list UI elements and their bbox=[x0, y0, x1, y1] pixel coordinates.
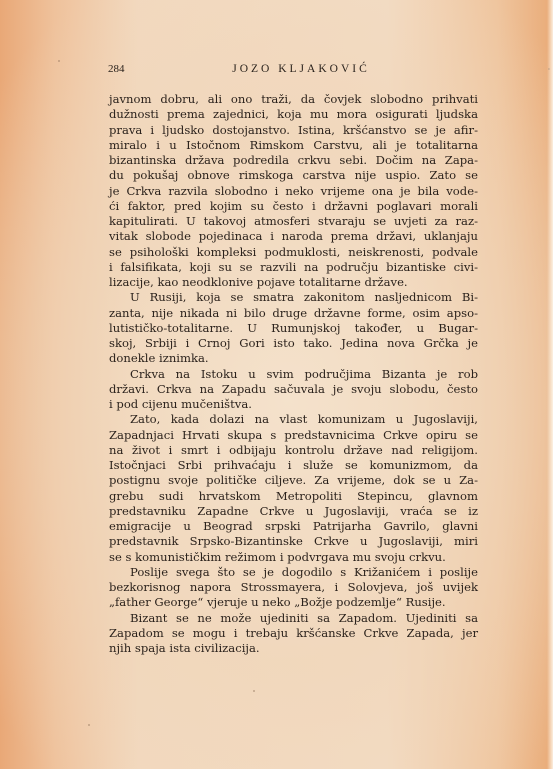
text-line: „father George“ vjeruje u neko „Božje po… bbox=[109, 595, 478, 610]
text-line: Poslije svega što se je dogodilo s Križa… bbox=[109, 565, 478, 580]
paragraph: Zato, kada dolazi na vlast komunizam u J… bbox=[109, 412, 478, 565]
text-line: bizantinska država podredila crkvu sebi.… bbox=[109, 153, 478, 168]
paragraph: Bizant se ne može ujediniti sa Zapadom. … bbox=[109, 611, 478, 657]
text-line: du pokušaj obnove rimskoga carstva nije … bbox=[109, 168, 478, 183]
text-line: i pod cijenu mučeništva. bbox=[109, 397, 478, 412]
text-line: vitak slobode pojedinaca i naroda prema … bbox=[109, 229, 478, 244]
text-line: kapitulirati. U takovoj atmosferi stvara… bbox=[109, 214, 478, 229]
text-line: lutističko-totalitarne. U Rumunjskoj tak… bbox=[109, 321, 478, 336]
text-line: lizacije, kao neodklonive pojave totalit… bbox=[109, 275, 478, 290]
text-line: na život i smrt i odbijaju kontrolu drža… bbox=[109, 443, 478, 458]
text-line: prava i ljudsko dostojanstvo. Istina, kr… bbox=[109, 123, 478, 138]
text-line: se s komunističkim režimom i podvrgava m… bbox=[109, 550, 478, 565]
text-line: Zapadom se mogu i trebaju kršćanske Crkv… bbox=[109, 626, 478, 641]
running-head-author: JOZO KLJAKOVIĆ bbox=[108, 63, 480, 75]
body-text: javnom dobru, ali ono traži, da čovjek s… bbox=[109, 92, 478, 656]
text-line: U Rusiji, koja se smatra zakonitom naslj… bbox=[109, 290, 478, 305]
paper-speck bbox=[58, 60, 60, 62]
text-line: dužnosti prema zajednici, koja mu mora o… bbox=[109, 107, 478, 122]
text-line: njih spaja ista civilizacija. bbox=[109, 641, 478, 656]
paper-speck bbox=[88, 724, 90, 726]
paragraph: Poslije svega što se je dogodilo s Križa… bbox=[109, 565, 478, 611]
text-line: Zapadnjaci Hrvati skupa s predstavnicima… bbox=[109, 428, 478, 443]
text-line: skoj, Srbiji i Crnoj Gori isto tako. Jed… bbox=[109, 336, 478, 351]
paragraph: Crkva na Istoku u svim područjima Bizant… bbox=[109, 367, 478, 413]
text-line: predstavnik Srpsko-Bizantinske Crkve u J… bbox=[109, 534, 478, 549]
paper-speck bbox=[548, 68, 550, 70]
text-line: bezkorisnog napora Strossmayera, i Solov… bbox=[109, 580, 478, 595]
text-line: Crkva na Istoku u svim područjima Bizant… bbox=[109, 367, 478, 382]
text-line: je Crkva razvila slobodno i neko vrijeme… bbox=[109, 184, 478, 199]
text-line: ći faktor, pred kojim su često i državni… bbox=[109, 199, 478, 214]
paper-speck bbox=[253, 690, 255, 692]
text-line: državi. Crkva na Zapadu sačuvala je svoj… bbox=[109, 382, 478, 397]
text-line: javnom dobru, ali ono traži, da čovjek s… bbox=[109, 92, 478, 107]
text-line: Istočnjaci Srbi prihvaćaju i služe se ko… bbox=[109, 458, 478, 473]
text-line: postignu svoje političke ciljeve. Za vri… bbox=[109, 473, 478, 488]
book-page: 284 JOZO KLJAKOVIĆ javnom dobru, ali ono… bbox=[0, 0, 553, 769]
text-line: predstavniku Zapadne Crkve u Jugoslaviji… bbox=[109, 504, 478, 519]
text-line: se psihološki kompleksi podmuklosti, nei… bbox=[109, 245, 478, 260]
text-line: donekle iznimka. bbox=[109, 351, 478, 366]
text-line: i falsifikata, koji su se razvili na pod… bbox=[109, 260, 478, 275]
text-line: miralo i u Istočnom Rimskom Carstvu, ali… bbox=[109, 138, 478, 153]
text-line: Zato, kada dolazi na vlast komunizam u J… bbox=[109, 412, 478, 427]
text-line: zanta, nije nikada ni bilo druge državne… bbox=[109, 306, 478, 321]
text-line: Bizant se ne može ujediniti sa Zapadom. … bbox=[109, 611, 478, 626]
text-line: grebu sudi hrvatskom Metropoliti Stepinc… bbox=[109, 489, 478, 504]
page-header: 284 JOZO KLJAKOVIĆ bbox=[108, 63, 480, 79]
paragraph: U Rusiji, koja se smatra zakonitom naslj… bbox=[109, 290, 478, 366]
paragraph: javnom dobru, ali ono traži, da čovjek s… bbox=[109, 92, 478, 290]
text-line: emigracije u Beograd srpski Patrijarha G… bbox=[109, 519, 478, 534]
